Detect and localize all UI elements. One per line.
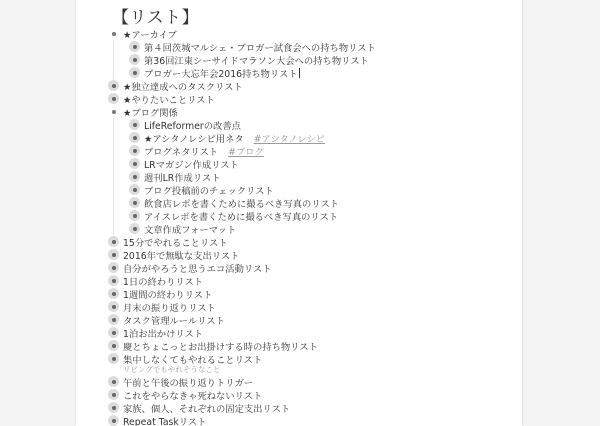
- list-item: 慶とちょこっとお出掛けする時の持ち物リスト: [108, 339, 508, 352]
- list-item: ★アーカイブ 第４回茨城マルシェ・ブロガー試食会への持ち物リスト 第36回江東シ…: [108, 27, 508, 79]
- item-label[interactable]: 家族、個人、それぞれの固定支出リスト: [123, 401, 290, 415]
- outline-tree: ★アーカイブ 第４回茨城マルシェ・ブロガー試食会への持ち物リスト 第36回江東シ…: [108, 27, 508, 426]
- list-item: 飲食店レポを書くために撮るべき写真のリスト: [129, 196, 508, 209]
- item-label[interactable]: ブログ投稿前のチェックリスト: [144, 183, 274, 197]
- list-item: ブログネタリスト #ブログ: [129, 144, 508, 157]
- list-item: ★やりたいことリスト: [108, 92, 508, 105]
- list-item: LifeReformerの改善点: [129, 118, 508, 131]
- list-item: これをやらなきゃ死ねないリスト: [108, 388, 508, 401]
- collapsed-bullet-icon[interactable]: [108, 236, 119, 247]
- list-item: ★ブログ関係 LifeReformerの改善点 ★アシタノレシピ用ネタ #アシタ…: [108, 105, 508, 235]
- collapsed-bullet-icon[interactable]: [129, 158, 140, 169]
- text-cursor: [299, 68, 300, 78]
- list-item: ブログ投稿前のチェックリスト: [129, 183, 508, 196]
- list-item: ★アシタノレシピ用ネタ #アシタノレシピ: [129, 131, 508, 144]
- collapsed-bullet-icon[interactable]: [129, 197, 140, 208]
- item-label[interactable]: 慶とちょこっとお出掛けする時の持ち物リスト: [123, 339, 318, 353]
- collapsed-bullet-icon[interactable]: [108, 327, 119, 338]
- item-label[interactable]: アイスレポを書くために撮るべき写真のリスト: [144, 209, 338, 223]
- collapsed-bullet-icon[interactable]: [108, 249, 119, 260]
- item-label[interactable]: 飲食店レポを書くために撮るべき写真のリスト: [144, 196, 339, 210]
- list-item: 午前と午後の振り返りトリガー: [108, 375, 508, 388]
- list-item: Repeat Taskリスト: [108, 414, 508, 426]
- children-list: LifeReformerの改善点 ★アシタノレシピ用ネタ #アシタノレシピ ブロ…: [113, 118, 508, 235]
- tag-link[interactable]: #ブログ: [228, 144, 264, 158]
- item-label[interactable]: 1週間の終わりリスト: [123, 287, 212, 301]
- collapsed-bullet-icon[interactable]: [129, 67, 140, 78]
- item-label[interactable]: 1泊お出かけリスト: [123, 326, 203, 340]
- item-label[interactable]: 週刊LR作成リスト: [144, 170, 221, 184]
- list-item: 1日の終わりリスト: [108, 274, 508, 287]
- collapsed-bullet-icon[interactable]: [129, 223, 140, 234]
- collapsed-bullet-icon[interactable]: [129, 132, 140, 143]
- list-item: 週刊LR作成リスト: [129, 170, 508, 183]
- collapsed-bullet-icon[interactable]: [108, 353, 119, 364]
- list-item: 集中しなくてもやれることリスト リビングでもやれそうなこと: [108, 352, 508, 375]
- item-label[interactable]: ★やりたいことリスト: [123, 92, 215, 106]
- item-label[interactable]: 自分がやろうと思うエコ活動リスト: [123, 261, 272, 275]
- item-label[interactable]: ブログネタリスト: [144, 144, 218, 158]
- list-item: 第４回茨城マルシェ・ブロガー試食会への持ち物リスト: [129, 40, 508, 53]
- item-label[interactable]: タスク管理ルールリスト: [123, 313, 225, 327]
- item-label[interactable]: これをやらなきゃ死ねないリスト: [123, 388, 262, 402]
- collapsed-bullet-icon[interactable]: [108, 340, 119, 351]
- list-item: 第36回江東シーサイドマラソン大会への持ち物リスト: [129, 53, 508, 66]
- collapsed-bullet-icon[interactable]: [129, 210, 140, 221]
- list-item: 1週間の終わりリスト: [108, 287, 508, 300]
- list-item: 1泊お出かけリスト: [108, 326, 508, 339]
- list-item: 15分でやれることリスト: [108, 235, 508, 248]
- collapsed-bullet-icon[interactable]: [108, 275, 119, 286]
- list-item: 文章作成フォーマット: [129, 222, 508, 235]
- collapsed-bullet-icon[interactable]: [108, 301, 119, 312]
- item-label[interactable]: 第36回江東シーサイドマラソン大会への持ち物リスト: [144, 53, 369, 67]
- bullet-icon[interactable]: [108, 28, 119, 39]
- children-list: 第４回茨城マルシェ・ブロガー試食会への持ち物リスト 第36回江東シーサイドマラソ…: [113, 40, 508, 79]
- list-item: アイスレポを書くために撮るべき写真のリスト: [129, 209, 508, 222]
- collapsed-bullet-icon[interactable]: [129, 171, 140, 182]
- collapsed-bullet-icon[interactable]: [129, 184, 140, 195]
- collapsed-bullet-icon[interactable]: [129, 54, 140, 65]
- list-item: 2016年で無駄な支出リスト: [108, 248, 508, 261]
- tag-link[interactable]: #アシタノレシピ: [254, 131, 325, 145]
- item-label[interactable]: 1日の終わりリスト: [123, 274, 203, 288]
- collapsed-bullet-icon[interactable]: [108, 389, 119, 400]
- list-item: ★独立達成へのタスクリスト: [108, 79, 508, 92]
- item-note[interactable]: リビングでもやれそうなこと: [123, 365, 508, 375]
- collapsed-bullet-icon[interactable]: [108, 93, 119, 104]
- item-label[interactable]: ブロガー大忘年会2016持ち物リスト: [144, 66, 298, 80]
- page-title[interactable]: 【リスト】: [112, 3, 199, 28]
- item-label[interactable]: 2016年で無駄な支出リスト: [123, 248, 239, 262]
- collapsed-bullet-icon[interactable]: [108, 80, 119, 91]
- collapsed-bullet-icon[interactable]: [108, 314, 119, 325]
- item-label[interactable]: ★アシタノレシピ用ネタ: [144, 131, 244, 145]
- item-label[interactable]: 集中しなくてもやれることリスト: [123, 352, 262, 366]
- collapsed-bullet-icon[interactable]: [108, 402, 119, 413]
- item-label[interactable]: ★独立達成へのタスクリスト: [123, 79, 243, 93]
- list-item: 家族、個人、それぞれの固定支出リスト: [108, 401, 508, 414]
- item-label[interactable]: LifeReformerの改善点: [144, 118, 241, 132]
- item-label[interactable]: 月末の振り返りリスト: [123, 300, 216, 314]
- item-label[interactable]: Repeat Taskリスト: [123, 414, 206, 426]
- item-label[interactable]: 午前と午後の振り返りトリガー: [123, 375, 253, 389]
- collapsed-bullet-icon[interactable]: [129, 145, 140, 156]
- item-label[interactable]: 15分でやれることリスト: [123, 235, 228, 249]
- collapsed-bullet-icon[interactable]: [108, 376, 119, 387]
- collapsed-bullet-icon[interactable]: [108, 262, 119, 273]
- list-item: タスク管理ルールリスト: [108, 313, 508, 326]
- item-label[interactable]: 第４回茨城マルシェ・ブロガー試食会への持ち物リスト: [144, 40, 376, 54]
- bullet-icon[interactable]: [108, 106, 119, 117]
- list-item: 自分がやろうと思うエコ活動リスト: [108, 261, 508, 274]
- collapsed-bullet-icon[interactable]: [108, 288, 119, 299]
- item-label[interactable]: ★ブログ関係: [123, 105, 178, 119]
- collapsed-bullet-icon[interactable]: [108, 415, 119, 426]
- list-item: 月末の振り返りリスト: [108, 300, 508, 313]
- collapsed-bullet-icon[interactable]: [129, 41, 140, 52]
- list-item: ブロガー大忘年会2016持ち物リスト: [129, 66, 508, 79]
- item-label[interactable]: LRマガジン作成リスト: [144, 157, 239, 171]
- item-label[interactable]: ★アーカイブ: [123, 27, 177, 41]
- list-item: LRマガジン作成リスト: [129, 157, 508, 170]
- collapsed-bullet-icon[interactable]: [129, 119, 140, 130]
- item-label[interactable]: 文章作成フォーマット: [144, 222, 236, 236]
